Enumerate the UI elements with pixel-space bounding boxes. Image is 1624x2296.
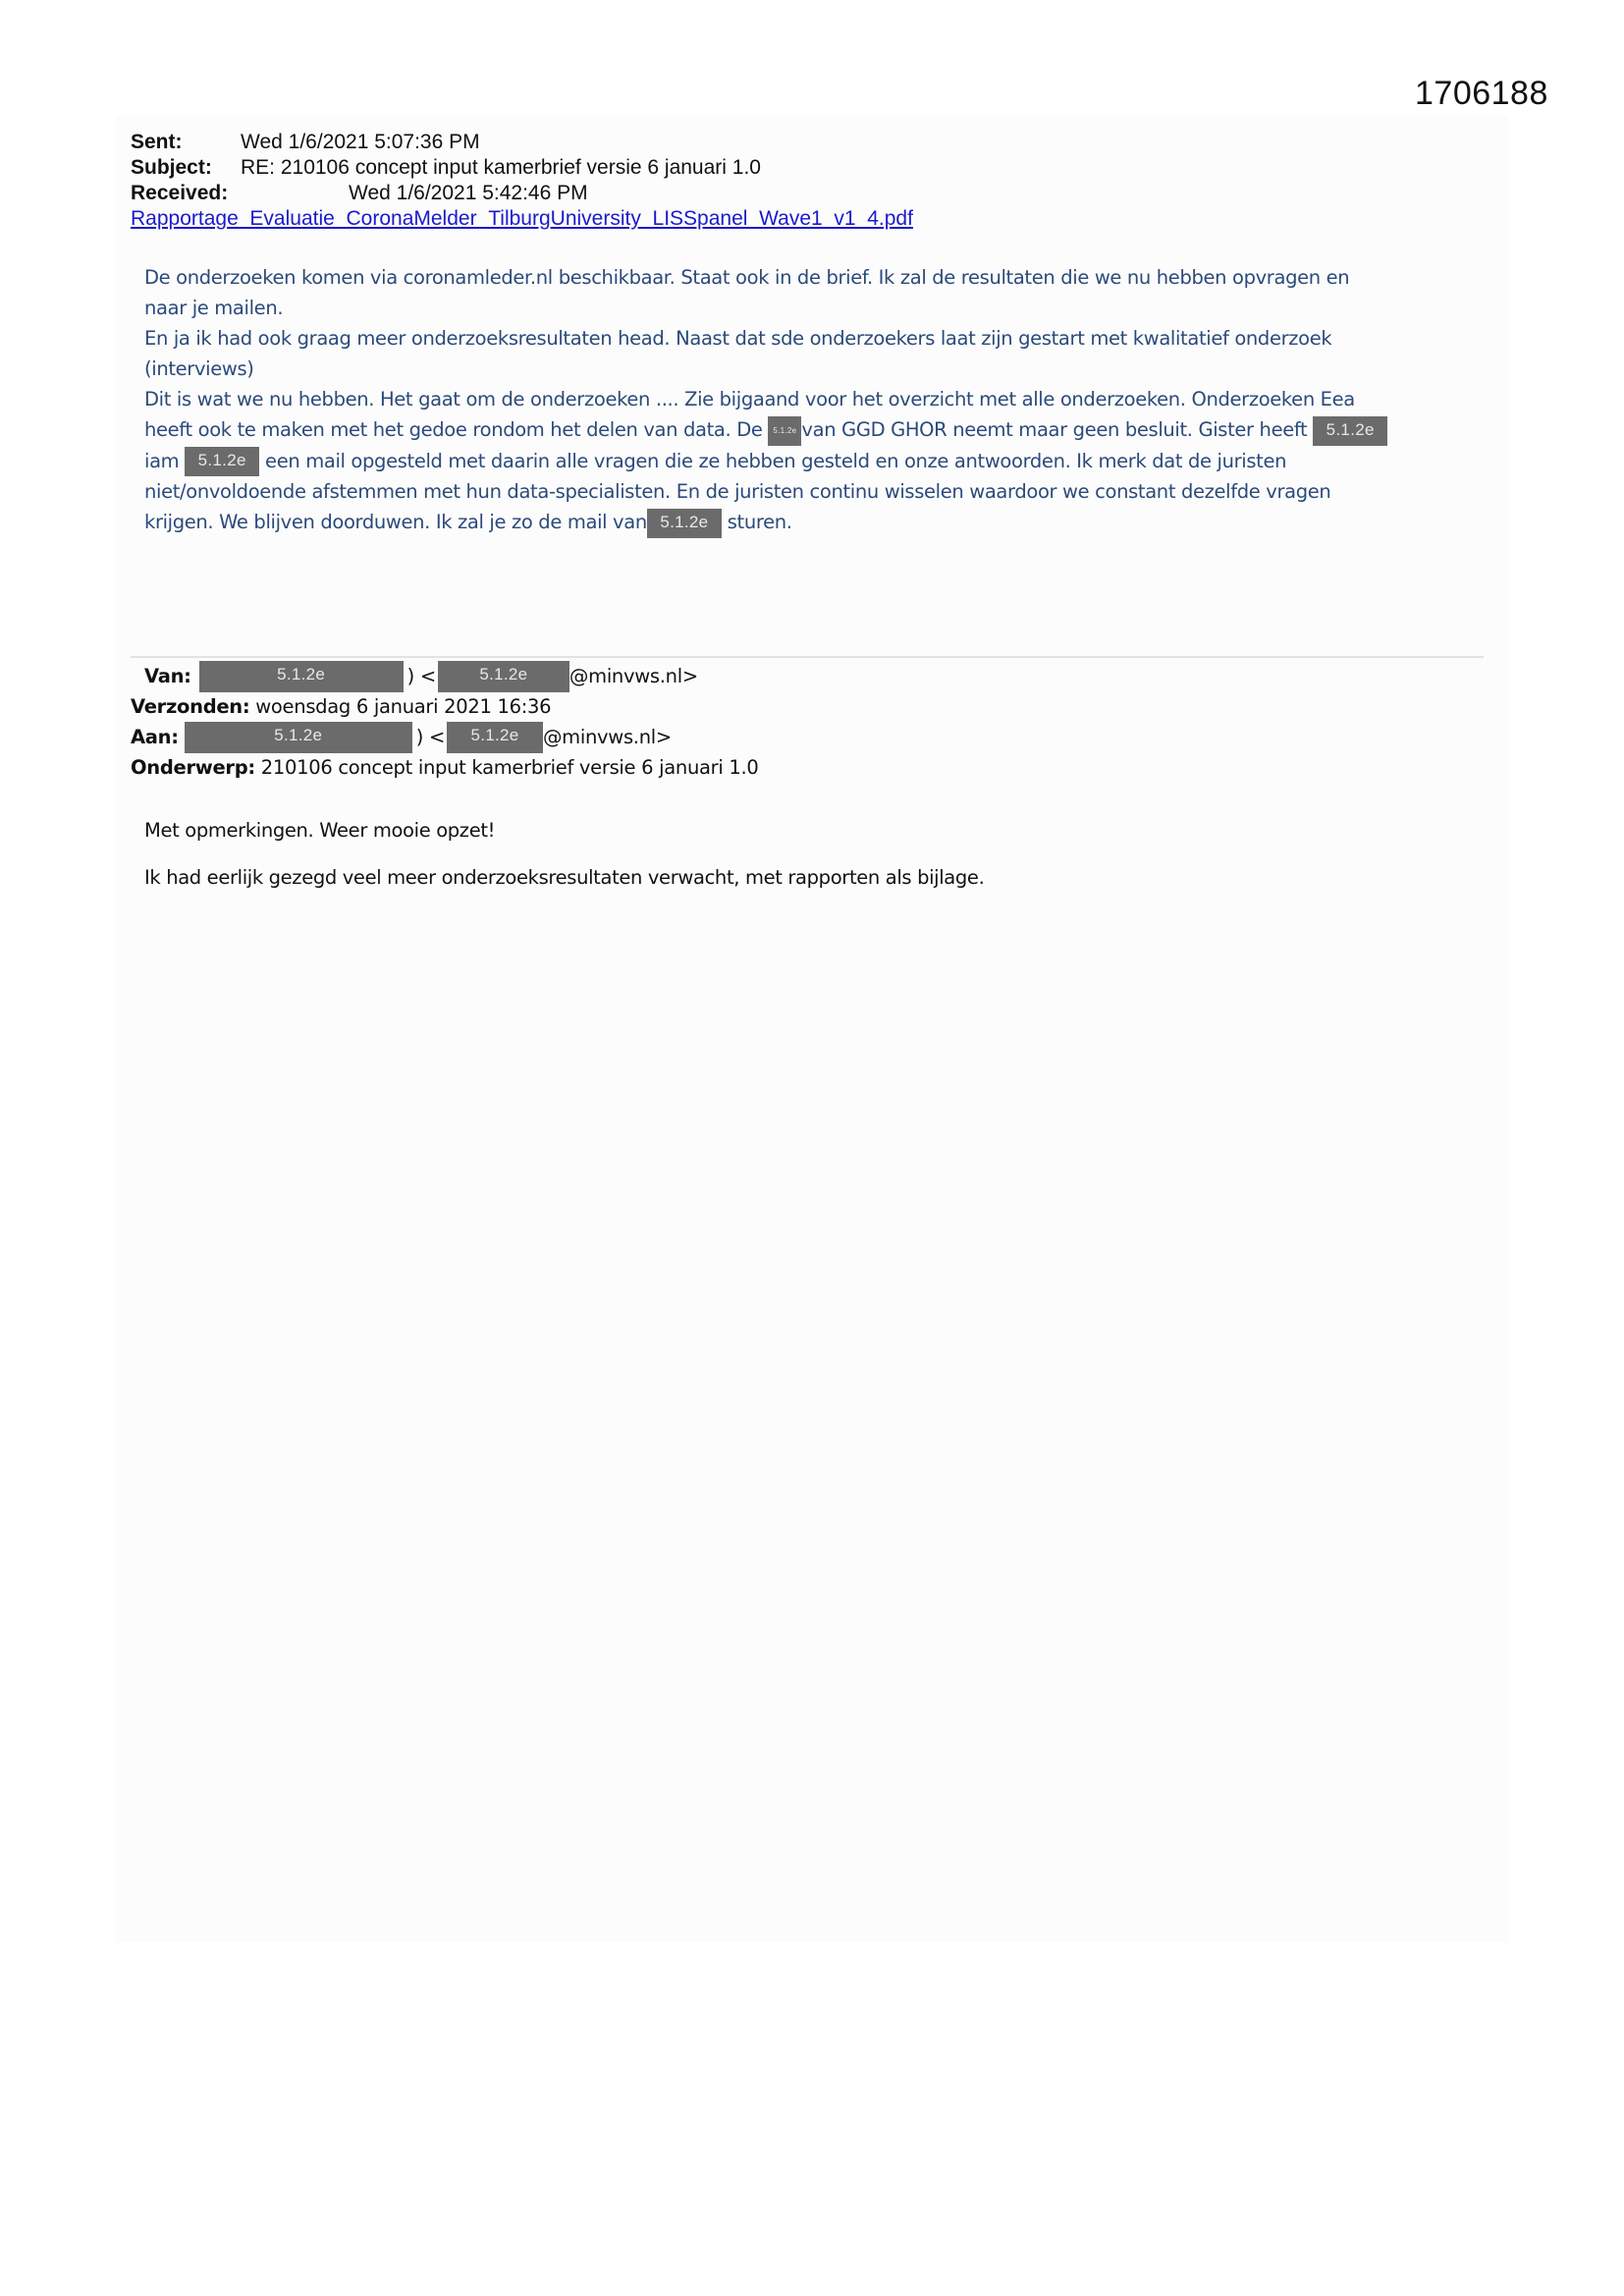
reply-line: iam 5.1.2e een mail opgesteld met daarin…	[144, 446, 1499, 477]
sent-value: Wed 1/6/2021 5:07:36 PM	[241, 130, 480, 155]
reply-line: Dit is wat we nu hebben. Het gaat om de …	[144, 384, 1499, 414]
subject-row: Onderwerp: 210106 concept input kamerbri…	[131, 752, 759, 783]
sent-label: Verzonden:	[131, 691, 249, 722]
to-separator: ) <	[416, 722, 445, 752]
message-separator	[131, 656, 1484, 658]
reply-line: heeft ook te maken met het gedoe rondom …	[144, 414, 1499, 446]
sent-value: woensdag 6 januari 2021 16:36	[255, 691, 551, 722]
original-message-body: Met opmerkingen. Weer mooie opzet! Ik ha…	[144, 815, 984, 909]
reply-text: (interviews)	[144, 357, 254, 380]
received-label: Received:	[131, 181, 349, 206]
reply-text: naar je mailen.	[144, 297, 283, 319]
reply-text: een mail opgesteld met daarin alle vrage…	[265, 450, 1286, 472]
redaction-box: 5.1.2e	[447, 722, 543, 753]
reply-text: sturen.	[728, 511, 792, 533]
subject-value: RE: 210106 concept input kamerbrief vers…	[241, 155, 761, 181]
reply-text: iam	[144, 450, 179, 472]
original-message-header: Van: 5.1.2e ) < 5.1.2e @minvws.nl> Verzo…	[131, 661, 759, 783]
subject-row: Subject: RE: 210106 concept input kamerb…	[131, 155, 913, 181]
redaction-box: 5.1.2e	[199, 661, 404, 692]
to-label: Aan:	[131, 722, 179, 752]
received-value: Wed 1/6/2021 5:42:46 PM	[349, 181, 588, 206]
reply-line: De onderzoeken komen via coronamleder.nl…	[144, 262, 1499, 293]
subject-label: Subject:	[131, 155, 241, 181]
reply-line: En ja ik had ook graag meer onderzoeksre…	[144, 323, 1499, 354]
reply-text: niet/onvoldoende afstemmen met hun data-…	[144, 480, 1330, 503]
redaction-box: 5.1.2e	[768, 416, 801, 446]
reply-line: krijgen. We blijven doorduwen. Ik zal je…	[144, 507, 1499, 538]
subject-value: 210106 concept input kamerbrief versie 6…	[261, 752, 759, 783]
reply-line: (interviews)	[144, 354, 1499, 384]
reply-text: De onderzoeken komen via coronamleder.nl…	[144, 266, 1349, 289]
subject-label: Onderwerp:	[131, 752, 255, 783]
received-row: Received: Wed 1/6/2021 5:42:46 PM	[131, 181, 913, 206]
from-separator: ) <	[407, 661, 436, 691]
from-row: Van: 5.1.2e ) < 5.1.2e @minvws.nl>	[131, 661, 759, 691]
document-number: 1706188	[1415, 75, 1548, 113]
reply-text: heeft ook te maken met het gedoe rondom …	[144, 418, 763, 441]
reply-text: En ja ik had ook graag meer onderzoeksre…	[144, 327, 1331, 350]
sent-label: Sent:	[131, 130, 241, 155]
body-line: Met opmerkingen. Weer mooie opzet!	[144, 815, 984, 846]
redaction-box: 5.1.2e	[438, 661, 569, 692]
redaction-box: 5.1.2e	[647, 509, 722, 538]
from-label: Van:	[144, 661, 191, 691]
attachment-link[interactable]: Rapportage_Evaluatie_CoronaMelder_Tilbur…	[131, 206, 913, 232]
reply-text: van GGD GHOR neemt maar geen besluit. Gi…	[801, 418, 1307, 441]
email-header: Sent: Wed 1/6/2021 5:07:36 PM Subject: R…	[131, 130, 913, 232]
to-row: Aan: 5.1.2e ) < 5.1.2e @minvws.nl>	[131, 722, 759, 752]
body-line: Ik had eerlijk gezegd veel meer onderzoe…	[144, 862, 984, 893]
from-domain: @minvws.nl>	[569, 661, 698, 691]
redaction-box: 5.1.2e	[185, 447, 259, 476]
redaction-box: 5.1.2e	[1313, 416, 1387, 446]
sent-row: Sent: Wed 1/6/2021 5:07:36 PM	[131, 130, 913, 155]
reply-line: naar je mailen.	[144, 293, 1499, 323]
reply-body: De onderzoeken komen via coronamleder.nl…	[144, 262, 1499, 538]
reply-line: niet/onvoldoende afstemmen met hun data-…	[144, 476, 1499, 507]
reply-text: Dit is wat we nu hebben. Het gaat om de …	[144, 388, 1355, 410]
redaction-box: 5.1.2e	[185, 722, 412, 753]
sent-row: Verzonden: woensdag 6 januari 2021 16:36	[131, 691, 759, 722]
to-domain: @minvws.nl>	[543, 722, 672, 752]
reply-text: krijgen. We blijven doorduwen. Ik zal je…	[144, 511, 647, 533]
